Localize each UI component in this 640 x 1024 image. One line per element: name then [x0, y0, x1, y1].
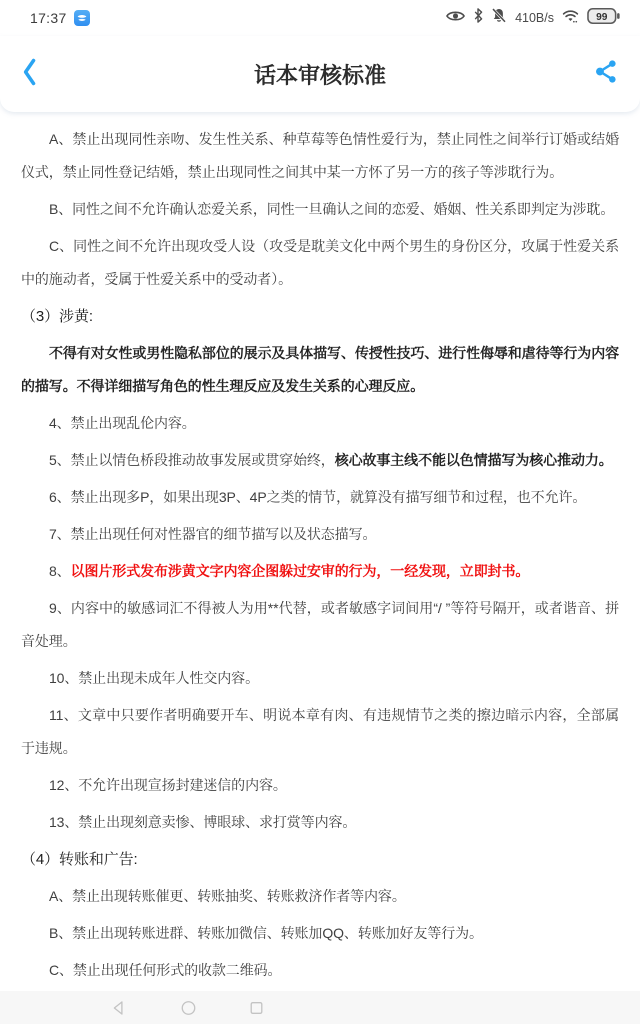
text-run: 4、禁止出现乱伦内容。	[49, 415, 196, 431]
paragraph: 8、以图片形式发布涉黄文字内容企图躲过安审的行为，一经发现，立即封书。	[21, 555, 619, 588]
paragraph: 4、禁止出现乱伦内容。	[21, 407, 619, 440]
document-body: A、禁止出现同性亲吻、发生性关系、种草莓等色情性爱行为，禁止同性之间举行订婚或结…	[0, 112, 640, 991]
text-run: 9、内容中的敏感词汇不得被人为用**代替，或者敏感字词间用“/ ”等符号隔开，或…	[21, 600, 619, 649]
text-run: 13、禁止出现刻意卖惨、博眼球、求打赏等内容。	[49, 814, 356, 830]
app-notification-icon	[74, 10, 90, 26]
paragraph: C、禁止出现任何形式的收款二维码。	[21, 954, 619, 987]
text-run: （4）转账和广告:	[21, 851, 138, 868]
paragraph: 13、禁止出现刻意卖惨、博眼球、求打赏等内容。	[21, 806, 619, 839]
text-run: B、同性之间不允许确认恋爱关系，同性一旦确认之间的恋爱、婚姻、性关系即判定为涉耽…	[49, 201, 614, 217]
back-button[interactable]	[20, 54, 54, 94]
text-run: C、禁止出现任何形式的收款二维码。	[49, 962, 281, 978]
android-nav-bar	[0, 991, 640, 1024]
paragraph: A、禁止出现同性亲吻、发生性关系、种草莓等色情性爱行为，禁止同性之间举行订婚或结…	[21, 123, 619, 189]
paragraph: 6、禁止出现多P，如果出现3P、4P之类的情节，就算没有描写细节和过程，也不允许…	[21, 481, 619, 514]
paragraph: 7、禁止出现任何对性器官的细节描写以及状态描写。	[21, 518, 619, 551]
text-run: C、同性之间不允许出现攻受人设（攻受是耽美文化中两个男生的身份区分，攻属于性爱关…	[21, 238, 619, 287]
network-speed: 410B/s	[515, 11, 554, 25]
battery-percent: 99	[596, 11, 608, 22]
text-run: 12、不允许出现宣扬封建迷信的内容。	[49, 777, 287, 793]
nav-back-button[interactable]	[110, 999, 127, 1016]
text-run: 7、禁止出现任何对性器官的细节描写以及状态描写。	[49, 526, 376, 542]
text-run: （3）涉黄:	[21, 308, 93, 325]
paragraph: 5、禁止以情色桥段推动故事发展或贯穿始终，核心故事主线不能以色情描写为核心推动力…	[21, 444, 619, 477]
chevron-left-icon	[20, 57, 40, 92]
text-run: 核心故事主线不能以色情描写为核心推动力。	[335, 452, 613, 468]
paragraph: 9、内容中的敏感词汇不得被人为用**代替，或者敏感字词间用“/ ”等符号隔开，或…	[21, 592, 619, 658]
nav-home-button[interactable]	[180, 999, 197, 1016]
text-run: 11、文章中只要作者明确要开车、明说本章有肉、有违规情节之类的擦边暗示内容，全部…	[21, 707, 619, 756]
paragraph: C、同性之间不允许出现攻受人设（攻受是耽美文化中两个男生的身份区分，攻属于性爱关…	[21, 230, 619, 296]
paragraph: A、禁止出现转账催更、转账抽奖、转账救济作者等内容。	[21, 880, 619, 913]
eye-protection-icon	[446, 9, 465, 28]
battery-icon: 99	[587, 7, 620, 30]
text-run: A、禁止出现转账催更、转账抽奖、转账救济作者等内容。	[49, 888, 406, 904]
paragraph: B、禁止出现转账进群、转账加微信、转账加QQ、转账加好友等行为。	[21, 917, 619, 950]
text-run: A、禁止出现同性亲吻、发生性关系、种草莓等色情性爱行为，禁止同性之间举行订婚或结…	[21, 131, 619, 180]
mute-icon	[491, 8, 507, 28]
text-run: 不得有对女性或男性隐私部位的展示及具体描写、传授性技巧、进行性侮辱和虐待等行为内…	[21, 345, 619, 394]
paragraph: 12、不允许出现宣扬封建迷信的内容。	[21, 769, 619, 802]
title-bar: 话本审核标准	[0, 36, 640, 112]
clock: 17:37	[30, 10, 67, 26]
text-run: B、禁止出现转账进群、转账加微信、转账加QQ、转账加好友等行为。	[49, 925, 483, 941]
phone-screen: 17:37	[0, 0, 640, 1024]
text-run: 8、	[49, 563, 71, 579]
paragraph: 10、禁止出现未成年人性交内容。	[21, 662, 619, 695]
share-icon	[593, 58, 620, 90]
text-run: 6、禁止出现多P，如果出现3P、4P之类的情节，就算没有描写细节和过程，也不允许…	[49, 489, 586, 505]
status-bar: 17:37	[0, 0, 640, 36]
bluetooth-icon	[473, 8, 483, 28]
paragraph: 11、文章中只要作者明确要开车、明说本章有肉、有违规情节之类的擦边暗示内容，全部…	[21, 699, 619, 765]
text-run: 10、禁止出现未成年人性交内容。	[49, 670, 259, 686]
page-title: 话本审核标准	[0, 59, 640, 90]
nav-recents-button[interactable]	[248, 999, 265, 1016]
text-run: 5、禁止以情色桥段推动故事发展或贯穿始终，	[49, 452, 335, 468]
wifi-icon	[562, 9, 579, 28]
paragraph: B、同性之间不允许确认恋爱关系，同性一旦确认之间的恋爱、婚姻、性关系即判定为涉耽…	[21, 193, 619, 226]
share-button[interactable]	[586, 54, 620, 94]
paragraph: 不得有对女性或男性隐私部位的展示及具体描写、传授性技巧、进行性侮辱和虐待等行为内…	[21, 337, 619, 403]
section-heading: （3）涉黄:	[21, 300, 619, 333]
section-heading: （4）转账和广告:	[21, 843, 619, 876]
text-run: 以图片形式发布涉黄文字内容企图躲过安审的行为，一经发现，立即封书。	[71, 563, 530, 579]
